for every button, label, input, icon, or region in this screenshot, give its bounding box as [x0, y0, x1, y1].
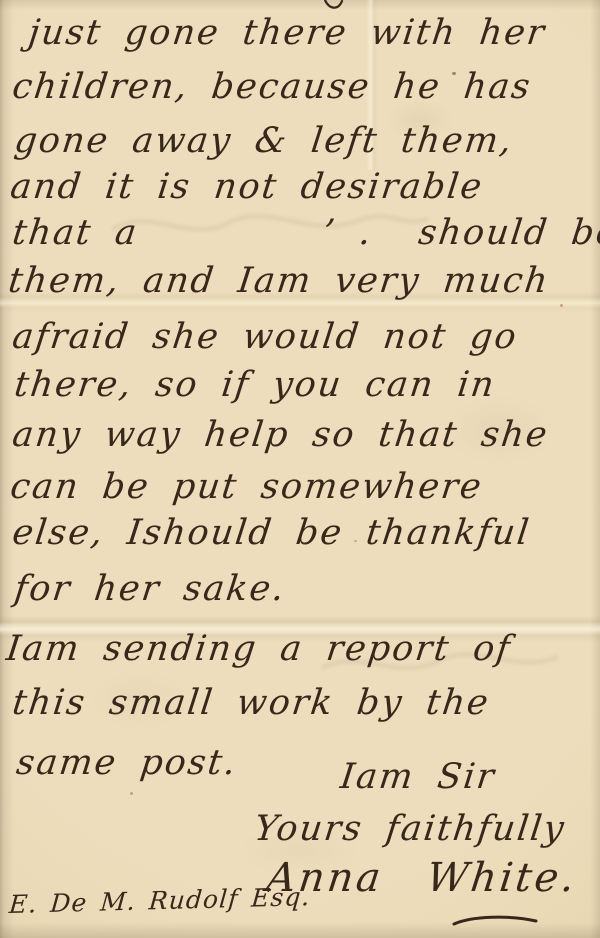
letter-line: that a ’ . should be with — [10, 212, 600, 254]
paper-speck — [130, 792, 133, 795]
letter-line: can be put somewhere — [8, 466, 485, 508]
letter-line: Iam sending a report of — [4, 628, 514, 670]
letter-line: and it is not desirable — [8, 166, 486, 208]
letter-line: gone away & left them, — [12, 120, 516, 162]
letter-page: just gone there with her children, becau… — [0, 0, 600, 938]
closing-line: Iam Sir — [338, 756, 498, 798]
letter-line: any way help so that she — [10, 414, 551, 456]
addressee-line: E. De M. Rudolf Esq. — [8, 882, 312, 920]
letter-line: just gone there with her — [26, 12, 548, 54]
letter-line: children, because he has — [10, 66, 534, 108]
valediction-line: Yours faithfully — [252, 808, 568, 850]
letter-line: else, Ishould be thankful — [10, 512, 533, 554]
signature-underline — [452, 914, 538, 928]
letter-line: them, and Iam very much — [6, 260, 552, 302]
letter-line: for her sake. — [12, 568, 288, 610]
letter-line: same post. — [14, 742, 240, 784]
letter-line: this small work by the — [10, 682, 492, 724]
paper-speck — [560, 304, 563, 307]
letter-line: afraid she would not go — [10, 316, 520, 358]
letter-line: there, so if you can in — [12, 364, 498, 406]
signature: Anna White. — [264, 854, 580, 902]
